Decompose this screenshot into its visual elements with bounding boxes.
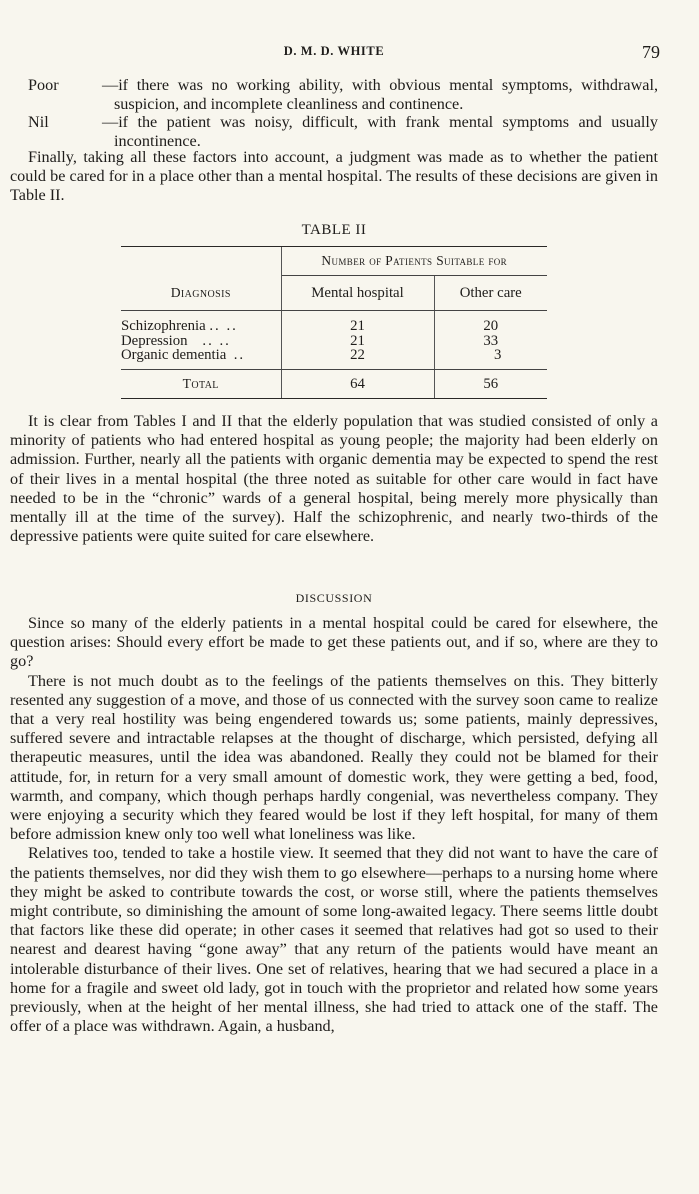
definition-poor: Poor —if there was no working ability, w… xyxy=(10,76,658,113)
column-header: Other care xyxy=(434,276,547,311)
discussion-body: Since so many of the elderly patients in… xyxy=(10,614,658,1036)
table-total-row: Total 64 56 xyxy=(121,370,547,399)
cell-value: 33 xyxy=(434,334,547,348)
cell-value: 21 xyxy=(281,311,434,335)
running-head-author: D. M. D. WHITE xyxy=(10,44,658,59)
page-number: 79 xyxy=(642,42,660,63)
table-ii: Number of Patients Suitable for Diagnosi… xyxy=(121,246,547,399)
running-head: D. M. D. WHITE 79 xyxy=(10,42,658,64)
leader-dots: .. .. xyxy=(209,318,238,334)
leader-dots: .. xyxy=(234,347,245,363)
total-value: 56 xyxy=(434,370,547,399)
column-header: Mental hospital xyxy=(281,276,434,311)
paragraph-discussion-1: Since so many of the elderly patients in… xyxy=(10,614,658,672)
table-row: Organic dementia .. 22 3 xyxy=(121,348,547,370)
table-row: Schizophrenia .. .. 21 20 xyxy=(121,311,547,335)
cell-value: 3 xyxy=(434,348,547,370)
section-heading-discussion: DISCUSSION xyxy=(10,591,658,606)
definition-nil: Nil —if the patient was noisy, difficult… xyxy=(10,113,658,150)
row-label: Organic dementia xyxy=(121,347,226,363)
total-label: Total xyxy=(121,370,281,399)
paragraph-discussion-2: There is not much doubt as to the feelin… xyxy=(10,672,658,845)
row-label: Schizophrenia xyxy=(121,318,206,334)
paragraph-tables-summary: It is clear from Tables I and II that th… xyxy=(10,412,658,546)
paragraph-discussion-3: Relatives too, tended to take a hostile … xyxy=(10,844,658,1036)
cell-value: 22 xyxy=(281,348,434,370)
cell-value: 20 xyxy=(434,311,547,335)
data-table: Number of Patients Suitable for Diagnosi… xyxy=(121,246,547,399)
rating-definitions: Poor —if there was no working ability, w… xyxy=(10,76,658,150)
table-row: Depression .. .. 21 33 xyxy=(121,334,547,348)
definition-term: Nil xyxy=(10,113,102,150)
total-value: 64 xyxy=(281,370,434,399)
definition-text: —if there was no working ability, with o… xyxy=(102,76,658,113)
definition-text: —if the patient was noisy, difficult, wi… xyxy=(102,113,658,150)
cell-value: 21 xyxy=(281,334,434,348)
definition-term: Poor xyxy=(10,76,102,113)
row-header-diagnosis: Diagnosis xyxy=(121,276,281,311)
group-header: Number of Patients Suitable for xyxy=(281,247,547,276)
paragraph-finally: Finally, taking all these factors into a… xyxy=(10,148,658,206)
table-caption: TABLE II xyxy=(10,222,658,239)
